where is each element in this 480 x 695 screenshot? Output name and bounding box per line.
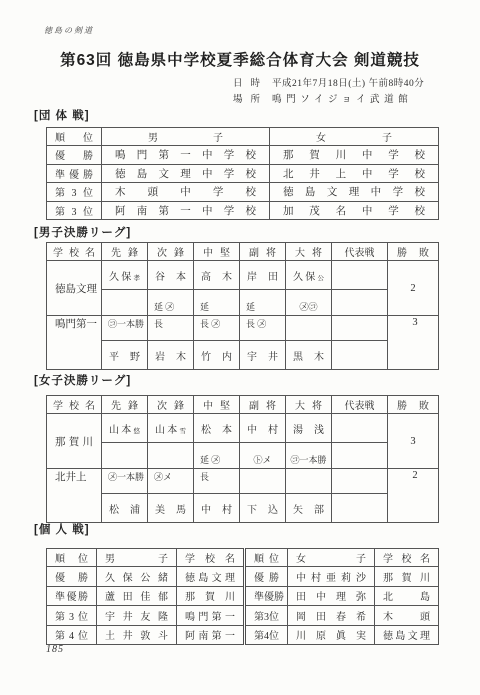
col-fukusho: 副将 [240,396,286,414]
section-boys-league-label: [男子決勝リーグ] [34,224,131,240]
individual-results-table: 順位 男子 学校名 順位 女子 学校名 優勝 久保公緒 徳島文理 優勝 中村亜莉… [46,548,439,645]
col-senpo: 先鋒 [102,243,148,261]
player-name: 平野 [109,352,140,363]
col-shohai: 勝敗 [388,396,439,414]
boys-school-cell: 阿南第一中学校 [102,201,270,220]
section-individual-label: [個 人 戦] [34,521,90,537]
table-header-row: 学校名 先鋒 次鋒 中堅 副将 大将 代表戦 勝敗 [47,396,439,414]
boys-league-table: 学校名 先鋒 次鋒 中堅 副将 大将 代表戦 勝敗 徳島文理 久保孝 谷本 高木… [46,242,439,370]
girls-name-cell: 川原眞実 [288,625,375,645]
team-marks-row: 延 ㋱ ㋣メ ㋙一本勝 [47,443,439,469]
player-name: 松浦 [109,505,140,516]
player-cell: 宇井 [240,341,286,370]
section-team-label: [団 体 戦] [34,107,90,123]
table-header-row: 順位 男子 女子 [47,128,439,146]
mark-cell: ㋙一本勝 [286,443,332,469]
player-name: 矢部 [293,505,324,516]
boys-school-cell: 徳島文理 [177,567,245,587]
girls-school-cell: 北島 [375,586,439,606]
player-name: 美馬 [155,505,186,516]
col-rank-f: 順位 [245,549,288,567]
rank-cell: 優勝 [47,146,102,165]
girls-league-table: 学校名 先鋒 次鋒 中堅 副将 大将 代表戦 勝敗 那賀川 山本悠 山本雪 松本… [46,395,439,523]
col-shohai: 勝敗 [388,243,439,261]
player-cell: 平野 [102,341,148,370]
rank-cell: 第3位 [47,606,97,626]
school-name-cell: 徳島文理 [47,261,102,316]
col-school: 学校名 [47,243,102,261]
player-cell: 湯浅 [286,414,332,443]
table-row: 優勝 久保公緒 徳島文理 優勝 中村亜莉沙 那賀川 [47,567,439,587]
page-number: 185 [46,644,64,655]
player-name: 中村 [201,505,232,516]
girls-school-cell: 木頭 [375,606,439,626]
school-name-cell: 北井上 [47,469,102,523]
mark-cell: ㋙一本勝 [102,316,148,341]
team-marks-row: 鳴門第一 ㋙一本勝 長 長 ㋱ 長 ㋱ 3 [47,316,439,341]
player-cell: 下込 [240,494,286,523]
school-name-cell: 鳴門第一 [47,316,102,370]
player-name-sub: 公 [318,275,325,282]
col-school-f: 学校名 [375,549,439,567]
col-rank: 順位 [47,128,102,146]
col-senpo: 先鋒 [102,396,148,414]
girls-school-cell: 北井上中学校 [270,164,439,183]
player-name: 谷本 [155,272,186,283]
boys-name-cell: 蘆田佳郁 [97,586,177,606]
player-cell: 岩木 [148,341,194,370]
rank-cell: 第3位 [47,183,102,202]
boys-name-cell: 久保公緒 [97,567,177,587]
team-players-row: 松浦 美馬 中村 下込 矢部 [47,494,439,523]
col-chuken: 中堅 [194,396,240,414]
mark-cell: ㋣メ [240,443,286,469]
school-name-cell: 那賀川 [47,414,102,469]
player-name: 久保 [109,272,134,283]
boys-name-cell: 土井敦斗 [97,625,177,645]
col-boys: 男子 [102,128,270,146]
player-name: 竹内 [201,352,232,363]
col-jiho: 次鋒 [148,243,194,261]
team-players-row: 那賀川 山本悠 山本雪 松本 中村 湯浅 3 [47,414,439,443]
mark-cell: 長 ㋱ [194,316,240,341]
girls-school-cell: 徳島文理 [375,625,439,645]
player-name: 松本 [201,425,232,436]
mark-cell: 長 [194,469,240,494]
player-name: 宇井 [247,352,278,363]
col-chuken: 中堅 [194,243,240,261]
player-name: 高木 [201,272,232,283]
player-name: 黒木 [293,352,324,363]
mark-cell: 延 ㋱ [194,443,240,469]
event-datetime: 日時 平成21年7月18日(土) 午前8時40分 [233,76,443,92]
player-cell: 中村 [194,494,240,523]
player-name: 山本 [155,425,180,436]
col-daihyosen: 代表戦 [332,396,388,414]
team-marks-row: 延 ㋱ 延 延 ㋱㋙ [47,290,439,316]
team-marks-row: 北井上 ㋱一本勝 ㋱メ 長 2 [47,469,439,494]
running-header: 徳島の剣道 [44,25,94,36]
rank-cell: 第3位 [245,606,288,626]
player-name: 久保 [293,272,318,283]
boys-school-cell: 阿南第一 [177,625,245,645]
mark-cell: 延 [240,290,286,316]
rank-cell: 準優勝 [47,164,102,183]
player-cell: 竹内 [194,341,240,370]
team-players-row: 平野 岩木 竹内 宇井 黒木 [47,341,439,370]
boys-school-cell: 木頭中学校 [102,183,270,202]
mark-cell [332,443,388,469]
boys-school-cell: 徳島文理中学校 [102,164,270,183]
document-page: 徳島の剣道 第63回 徳島県中学校夏季総合体育大会 剣道競技 日時 平成21年7… [0,0,480,695]
player-name: 山本 [109,425,134,436]
mark-cell: ㋱メ [148,469,194,494]
col-boys-name: 男子 [97,549,177,567]
mark-cell: 延 ㋱ [148,290,194,316]
mark-cell [102,290,148,316]
team-results-table: 順位 男子 女子 優勝 鳴門第一中学校 那賀川中学校 準優勝 徳島文理中学校 北… [46,127,439,220]
player-name: 湯浅 [293,425,324,436]
place-label: 場所 [233,92,268,108]
girls-school-cell: 那賀川中学校 [270,146,439,165]
player-name-sub: 悠 [134,428,141,435]
rank-cell: 準優勝 [245,586,288,606]
page-title: 第63回 徳島県中学校夏季総合体育大会 剣道競技 [0,48,480,70]
player-name-sub: 孝 [134,275,141,282]
col-girls-name: 女子 [288,549,375,567]
col-school: 学校名 [47,396,102,414]
player-cell: 高木 [194,261,240,290]
player-cell: 矢部 [286,494,332,523]
col-girls: 女子 [270,128,439,146]
player-cell: 黒木 [286,341,332,370]
col-rank-m: 順位 [47,549,97,567]
table-row: 準優勝 徳島文理中学校 北井上中学校 [47,164,439,183]
girls-name-cell: 中村亜莉沙 [288,567,375,587]
team-players-row: 徳島文理 久保孝 谷本 高木 岸田 久保公 2 [47,261,439,290]
boys-name-cell: 宇井友隆 [97,606,177,626]
table-row: 準優勝 蘆田佳郁 那賀川 準優勝 田中理弥 北島 [47,586,439,606]
place-value: 鳴門ソイジョイ武道館 [272,92,412,108]
boys-school-cell: 鳴門第一中学校 [102,146,270,165]
player-name: 下込 [247,505,278,516]
table-row: 第4位 土井敦斗 阿南第一 第4位 川原眞実 徳島文理 [47,625,439,645]
mark-cell [148,443,194,469]
score-cell: 2 [388,261,439,316]
col-taisho: 大将 [286,243,332,261]
girls-school-cell: 加茂名中学校 [270,201,439,220]
mark-cell: 長 ㋱ [240,316,286,341]
event-meta: 日時 平成21年7月18日(土) 午前8時40分 場所 鳴門ソイジョイ武道館 [233,76,443,108]
score-cell: 3 [388,414,439,469]
player-name: 岩木 [155,352,186,363]
mark-cell: 長 [148,316,194,341]
score-cell: 3 [388,316,439,370]
daihyosen-cell [332,414,388,443]
mark-cell [102,443,148,469]
rank-cell: 第4位 [245,625,288,645]
boys-school-cell: 鳴門第一 [177,606,245,626]
datetime-value: 平成21年7月18日(土) 午前8時40分 [272,76,424,92]
col-fukusho: 副将 [240,243,286,261]
player-cell: 岸田 [240,261,286,290]
girls-name-cell: 岡田春希 [288,606,375,626]
player-name-sub: 雪 [180,428,187,435]
player-cell: 松浦 [102,494,148,523]
girls-school-cell: 徳島文理中学校 [270,183,439,202]
mark-cell [332,290,388,316]
player-name: 岸田 [247,272,278,283]
mark-cell: ㋱一本勝 [102,469,148,494]
mark-cell: 延 [194,290,240,316]
rank-cell: 第4位 [47,625,97,645]
col-daihyosen: 代表戦 [332,243,388,261]
rank-cell: 優勝 [47,567,97,587]
col-taisho: 大将 [286,396,332,414]
event-place: 場所 鳴門ソイジョイ武道館 [233,92,443,108]
mark-cell [286,316,332,341]
rank-cell: 優勝 [245,567,288,587]
player-cell: 松本 [194,414,240,443]
player-cell: 久保孝 [102,261,148,290]
col-school-m: 学校名 [177,549,245,567]
datetime-label: 日時 [233,76,268,92]
player-cell: 山本悠 [102,414,148,443]
player-cell: 谷本 [148,261,194,290]
boys-school-cell: 那賀川 [177,586,245,606]
girls-name-cell: 田中理弥 [288,586,375,606]
table-row: 第3位 宇井友隆 鳴門第一 第3位 岡田春希 木頭 [47,606,439,626]
mark-cell [332,469,388,494]
table-row: 優勝 鳴門第一中学校 那賀川中学校 [47,146,439,165]
mark-cell: ㋱㋙ [286,290,332,316]
mark-cell [240,469,286,494]
table-row: 第3位 木頭中学校 徳島文理中学校 [47,183,439,202]
daihyosen-cell [332,261,388,290]
col-jiho: 次鋒 [148,396,194,414]
table-row: 第3位 阿南第一中学校 加茂名中学校 [47,201,439,220]
score-cell: 2 [388,469,439,523]
mark-cell [332,316,388,341]
rank-cell: 第3位 [47,201,102,220]
daihyosen-cell [332,341,388,370]
player-cell: 美馬 [148,494,194,523]
table-header-row: 学校名 先鋒 次鋒 中堅 副将 大将 代表戦 勝敗 [47,243,439,261]
player-cell: 久保公 [286,261,332,290]
mark-cell [286,469,332,494]
girls-school-cell: 那賀川 [375,567,439,587]
rank-cell: 準優勝 [47,586,97,606]
section-girls-league-label: [女子決勝リーグ] [34,372,131,388]
player-cell: 中村 [240,414,286,443]
player-cell: 山本雪 [148,414,194,443]
daihyosen-cell [332,494,388,523]
player-name: 中村 [247,425,278,436]
table-header-row: 順位 男子 学校名 順位 女子 学校名 [47,549,439,567]
